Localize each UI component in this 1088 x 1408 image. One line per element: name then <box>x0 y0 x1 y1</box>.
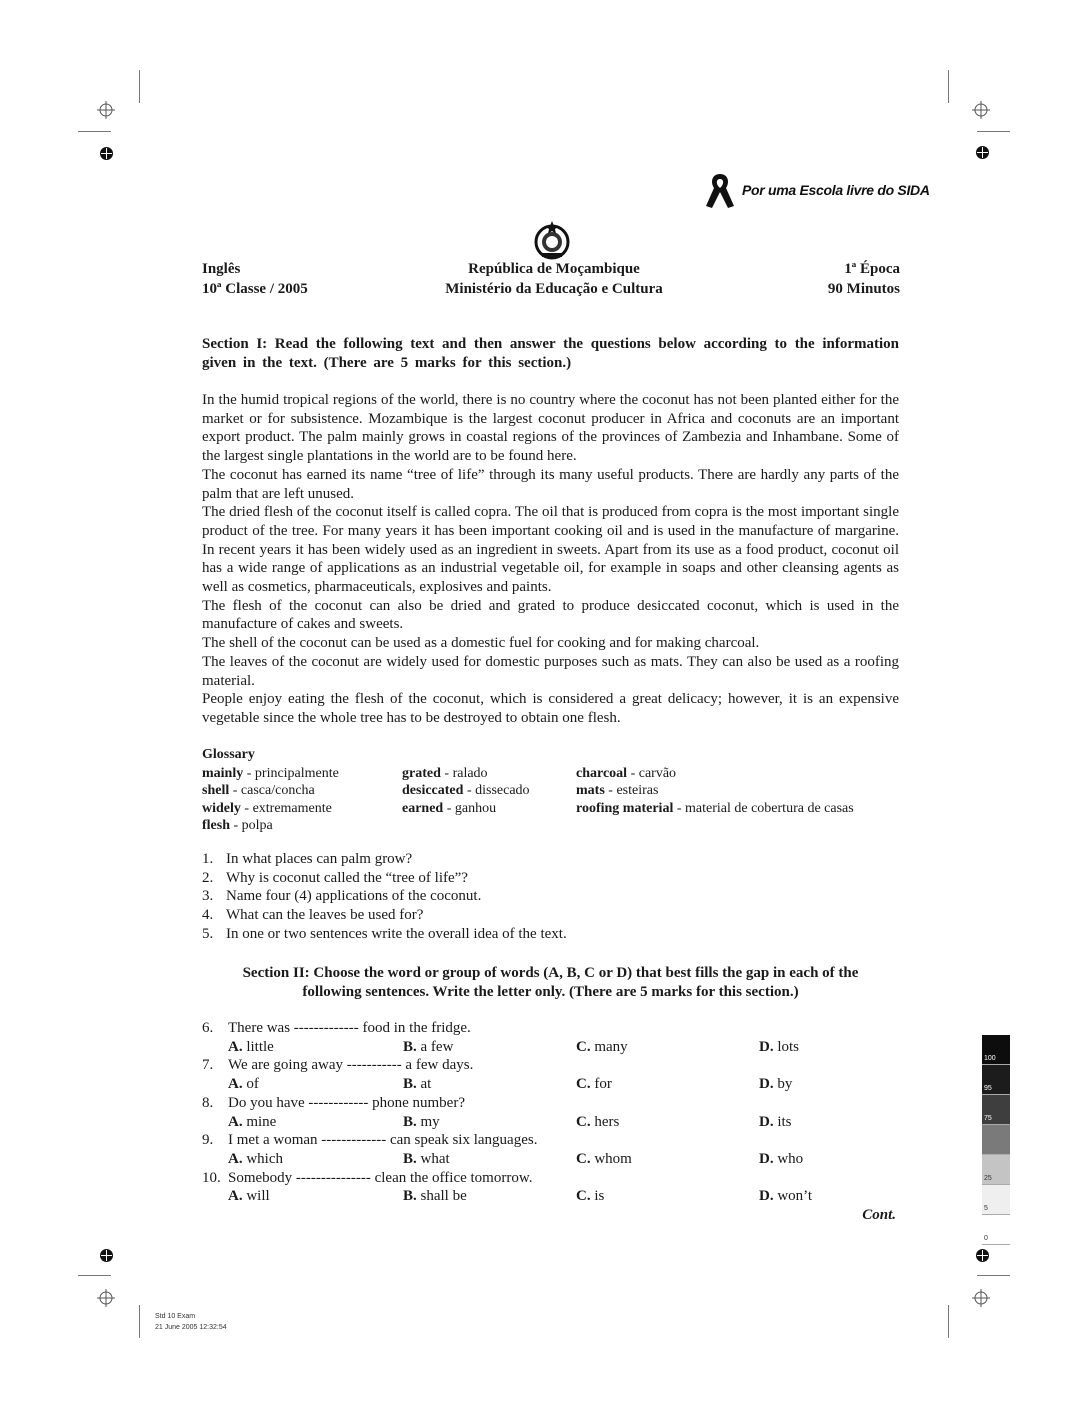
color-swatch: 5 <box>982 1185 1010 1215</box>
paragraph: The dried flesh of the coconut itself is… <box>202 503 899 597</box>
option-letter: A. <box>228 1039 243 1055</box>
option-letter: C. <box>576 1151 591 1167</box>
question-item: 2.Why is coconut called the “tree of lif… <box>202 869 899 888</box>
glossary-entry: widely - extremamente <box>202 800 402 818</box>
print-timestamp: 21 June 2005 12:32:54 <box>155 1322 227 1333</box>
mcq-item: 10.Somebody --------------- clean the of… <box>202 1169 899 1206</box>
crop-mark <box>78 1275 111 1276</box>
glossary-separator: - <box>605 783 617 798</box>
exam-duration: 90 Minutos <box>760 279 900 299</box>
question-number: 9. <box>202 1131 228 1150</box>
glossary-entry: grated - ralado <box>402 765 576 783</box>
paragraph: The leaves of the coconut are widely use… <box>202 653 899 690</box>
option-text: of <box>243 1076 259 1092</box>
glossary-separator: - <box>229 783 241 798</box>
glossary-term: mats <box>576 783 605 798</box>
aids-ribbon-icon <box>700 170 740 210</box>
crop-mark <box>948 70 949 103</box>
registration-mark-icon <box>97 1289 115 1307</box>
glossary-term: roofing material <box>576 801 673 816</box>
print-footer: Std 10 Exam 21 June 2005 12:32:54 <box>155 1311 227 1333</box>
swatch-label: 100 <box>984 1055 996 1062</box>
option-text: what <box>417 1151 450 1167</box>
answer-option: D. won’t <box>759 1187 879 1206</box>
answer-option: C. hers <box>576 1113 759 1132</box>
reading-passage: In the humid tropical regions of the wor… <box>202 391 899 728</box>
crop-mark <box>139 70 140 103</box>
question-text: What can the leaves be used for? <box>226 906 423 925</box>
question-text: Somebody --------------- clean the offic… <box>228 1169 532 1188</box>
option-text: won’t <box>774 1188 812 1204</box>
option-text: mine <box>243 1114 277 1130</box>
mcq-item: 9.I met a woman ------------- can speak … <box>202 1131 899 1168</box>
answer-option: B. my <box>403 1113 576 1132</box>
option-text: many <box>591 1039 628 1055</box>
answer-option: C. many <box>576 1038 759 1057</box>
answer-option: A. will <box>228 1187 403 1206</box>
question-text: In what places can palm grow? <box>226 850 412 869</box>
option-text: a few <box>417 1039 454 1055</box>
paragraph: The shell of the coconut can be used as … <box>202 634 899 653</box>
glossary-term: grated <box>402 766 441 781</box>
option-text: my <box>417 1114 440 1130</box>
registration-mark-icon <box>97 101 115 119</box>
answer-option: B. a few <box>403 1038 576 1057</box>
glossary: Glossary mainly - principalmentegrated -… <box>202 746 899 835</box>
registration-dot-icon <box>100 147 113 160</box>
glossary-separator: - <box>243 766 255 781</box>
swatch-label: 95 <box>984 1085 992 1092</box>
glossary-entry: desiccated - dissecado <box>402 782 576 800</box>
crop-mark <box>977 1275 1010 1276</box>
crop-mark <box>948 1305 949 1338</box>
glossary-definition: ralado <box>453 766 488 781</box>
question-number: 5. <box>202 925 226 944</box>
job-name: Std 10 Exam <box>155 1311 227 1322</box>
question-number: 3. <box>202 887 226 906</box>
question-number: 7. <box>202 1056 228 1075</box>
continued-label: Cont. <box>840 1207 896 1224</box>
answer-option: C. whom <box>576 1150 759 1169</box>
comprehension-questions: 1.In what places can palm grow?2.Why is … <box>202 850 899 944</box>
answer-option: B. shall be <box>403 1187 576 1206</box>
answer-option: D. who <box>759 1150 879 1169</box>
answer-option: A. of <box>228 1075 403 1094</box>
option-text: at <box>417 1076 432 1092</box>
paragraph: In the humid tropical regions of the wor… <box>202 391 899 466</box>
crop-mark <box>977 131 1010 132</box>
glossary-entries: mainly - principalmentegrated - raladoch… <box>202 765 899 835</box>
country: República de Moçambique <box>394 259 714 279</box>
option-letter: D. <box>759 1188 774 1204</box>
section2-heading-line: Section II: Choose the word or group of … <box>202 964 899 983</box>
header-subject: Inglês 10ª Classe / 2005 <box>202 259 308 299</box>
glossary-definition: extremamente <box>253 801 332 816</box>
crop-mark <box>139 1305 140 1338</box>
glossary-definition: ganhou <box>455 801 496 816</box>
registration-dot-icon <box>976 146 989 159</box>
swatch-label: 0 <box>984 1235 988 1242</box>
option-text: which <box>243 1151 283 1167</box>
question-text: I met a woman ------------- can speak si… <box>228 1131 537 1150</box>
option-text: its <box>774 1114 792 1130</box>
option-text: is <box>591 1188 605 1204</box>
question-item: 4.What can the leaves be used for? <box>202 906 899 925</box>
question-text: Do you have ------------ phone number? <box>228 1094 465 1113</box>
glossary-separator: - <box>463 783 475 798</box>
option-text: for <box>591 1076 612 1092</box>
crop-mark <box>78 131 111 132</box>
mcq-item: 6.There was ------------- food in the fr… <box>202 1019 899 1056</box>
section1-heading: Section I: Read the following text and t… <box>202 335 899 372</box>
question-number: 2. <box>202 869 226 888</box>
question-item: 1.In what places can palm grow? <box>202 850 899 869</box>
glossary-entry: mainly - principalmente <box>202 765 402 783</box>
section2-heading: Section II: Choose the word or group of … <box>202 964 899 1001</box>
glossary-definition: dissecado <box>475 783 529 798</box>
answer-option: C. for <box>576 1075 759 1094</box>
exam-period: 1ª Época <box>760 259 900 279</box>
glossary-definition: casca/concha <box>241 783 315 798</box>
question-text: In one or two sentences write the overal… <box>226 925 567 944</box>
option-letter: C. <box>576 1114 591 1130</box>
question-item: 5.In one or two sentences write the over… <box>202 925 899 944</box>
question-number: 8. <box>202 1094 228 1113</box>
glossary-entry: charcoal - carvão <box>576 765 899 783</box>
question-number: 6. <box>202 1019 228 1038</box>
glossary-entry: mats - esteiras <box>576 782 899 800</box>
color-swatch: 0 <box>982 1215 1010 1245</box>
subject: Inglês <box>202 259 308 279</box>
option-text: shall be <box>417 1188 467 1204</box>
registration-mark-icon <box>972 1289 990 1307</box>
option-letter: D. <box>759 1076 774 1092</box>
mcq-item: 8.Do you have ------------ phone number?… <box>202 1094 899 1131</box>
color-swatch: 25 <box>982 1155 1010 1185</box>
glossary-separator: - <box>241 801 253 816</box>
class-year: 10ª Classe / 2005 <box>202 279 308 299</box>
glossary-term: widely <box>202 801 241 816</box>
question-text: Name four (4) applications of the coconu… <box>226 887 481 906</box>
option-text: little <box>243 1039 274 1055</box>
option-letter: D. <box>759 1039 774 1055</box>
glossary-term: shell <box>202 783 229 798</box>
glossary-entry: earned - ganhou <box>402 800 576 818</box>
option-letter: D. <box>759 1151 774 1167</box>
glossary-term: flesh <box>202 818 230 833</box>
multiple-choice-questions: 6.There was ------------- food in the fr… <box>202 1019 899 1206</box>
answer-option: D. lots <box>759 1038 879 1057</box>
answer-option: D. by <box>759 1075 879 1094</box>
glossary-separator: - <box>673 801 685 816</box>
option-letter: C. <box>576 1039 591 1055</box>
swatch-label: 5 <box>984 1205 988 1212</box>
answer-option: D. its <box>759 1113 879 1132</box>
option-letter: A. <box>228 1114 243 1130</box>
answer-option: A. mine <box>228 1113 403 1132</box>
option-letter: B. <box>403 1076 417 1092</box>
answer-option: C. is <box>576 1187 759 1206</box>
option-text: will <box>243 1188 270 1204</box>
glossary-separator: - <box>230 818 242 833</box>
color-swatch <box>982 1125 1010 1155</box>
header-exam-info: 1ª Época 90 Minutos <box>760 259 900 299</box>
paragraph: The coconut has earned its name “tree of… <box>202 466 899 503</box>
answer-option: A. little <box>228 1038 403 1057</box>
glossary-definition: material de cobertura de casas <box>685 801 854 816</box>
glossary-entry: flesh - polpa <box>202 817 402 835</box>
paragraph: People enjoy eating the flesh of the coc… <box>202 690 899 727</box>
swatch-label: 25 <box>984 1175 992 1182</box>
color-swatch: 75 <box>982 1095 1010 1125</box>
option-text: who <box>774 1151 804 1167</box>
option-text: by <box>774 1076 793 1092</box>
option-text: lots <box>774 1039 799 1055</box>
registration-mark-icon <box>972 101 990 119</box>
glossary-entry: shell - casca/concha <box>202 782 402 800</box>
option-letter: A. <box>228 1151 243 1167</box>
glossary-definition: carvão <box>639 766 676 781</box>
glossary-separator: - <box>441 766 453 781</box>
option-letter: B. <box>403 1151 417 1167</box>
color-calibration-bar: 10095752550 <box>982 1035 1010 1245</box>
ministry: Ministério da Educação e Cultura <box>394 279 714 299</box>
option-letter: C. <box>576 1076 591 1092</box>
question-number: 10. <box>202 1169 228 1188</box>
header-institution: República de Moçambique Ministério da Ed… <box>394 259 714 299</box>
glossary-term: desiccated <box>402 783 463 798</box>
glossary-separator: - <box>627 766 639 781</box>
paragraph: The flesh of the coconut can also be dri… <box>202 597 899 634</box>
swatch-label: 75 <box>984 1115 992 1122</box>
option-letter: A. <box>228 1188 243 1204</box>
color-swatch: 95 <box>982 1065 1010 1095</box>
question-number: 4. <box>202 906 226 925</box>
question-number: 1. <box>202 850 226 869</box>
glossary-term: earned <box>402 801 443 816</box>
glossary-term: charcoal <box>576 766 627 781</box>
glossary-definition: polpa <box>242 818 273 833</box>
color-swatch: 100 <box>982 1035 1010 1065</box>
mozambique-coat-of-arms-icon <box>530 220 574 260</box>
registration-dot-icon <box>976 1249 989 1262</box>
glossary-definition: esteiras <box>616 783 658 798</box>
glossary-entry: roofing material - material de cobertura… <box>576 800 899 818</box>
question-text: Why is coconut called the “tree of life”… <box>226 869 468 888</box>
glossary-term: mainly <box>202 766 243 781</box>
section2-heading-line: following sentences. Write the letter on… <box>202 983 899 1002</box>
answer-option: B. at <box>403 1075 576 1094</box>
option-text: whom <box>591 1151 632 1167</box>
answer-option: A. which <box>228 1150 403 1169</box>
slogan-text: Por uma Escola livre do SIDA <box>742 182 930 198</box>
registration-dot-icon <box>100 1249 113 1262</box>
glossary-title: Glossary <box>202 746 899 765</box>
option-letter: B. <box>403 1039 417 1055</box>
question-text: There was ------------- food in the frid… <box>228 1019 471 1038</box>
option-text: hers <box>591 1114 620 1130</box>
option-letter: B. <box>403 1114 417 1130</box>
mcq-item: 7.We are going away ----------- a few da… <box>202 1056 899 1093</box>
option-letter: B. <box>403 1188 417 1204</box>
question-item: 3.Name four (4) applications of the coco… <box>202 887 899 906</box>
option-letter: C. <box>576 1188 591 1204</box>
question-text: We are going away ----------- a few days… <box>228 1056 473 1075</box>
glossary-separator: - <box>443 801 455 816</box>
option-letter: A. <box>228 1076 243 1092</box>
option-letter: D. <box>759 1114 774 1130</box>
slogan: Por uma Escola livre do SIDA <box>700 170 930 210</box>
glossary-definition: principalmente <box>255 766 339 781</box>
answer-option: B. what <box>403 1150 576 1169</box>
